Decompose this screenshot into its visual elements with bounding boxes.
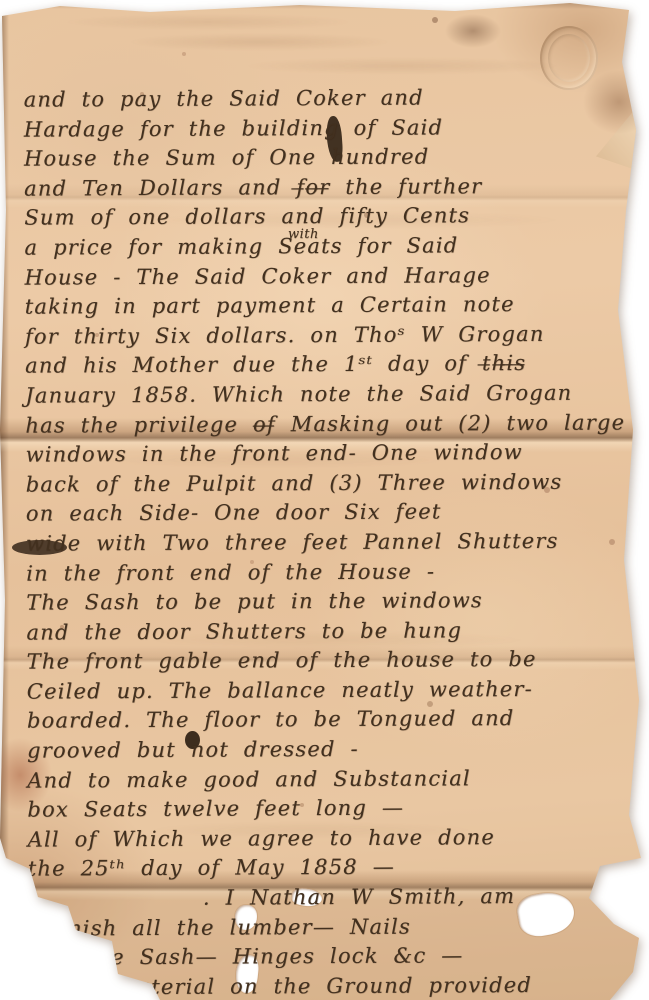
- manuscript-line: has the privilege o̶f̶ Masking out (2) t…: [25, 408, 642, 441]
- manuscript-page: and to pay the Said Coker andHardage for…: [0, 0, 649, 1000]
- manuscript-line: and Ten Dollars and f̶o̶r̶ the further: [24, 171, 641, 204]
- manuscript-line: taking in part payment a Certain note: [25, 290, 642, 323]
- manuscript-line: nish all the lumber— Nails: [28, 911, 645, 944]
- manuscript-line: material on the Ground provided: [28, 970, 645, 1000]
- manuscript-line: wide with Two three feet Pannel Shutters: [26, 526, 643, 559]
- manuscript-line: boarded. The floor to be Tongued and: [27, 704, 644, 737]
- manuscript-line: windows in the front end- One window: [25, 438, 642, 471]
- manuscript-line: and his Mother due the 1ˢᵗ day of t̶h̶i̶…: [25, 349, 642, 382]
- manuscript-text: and to pay the Said Coker andHardage for…: [24, 82, 646, 1000]
- stain: [445, 14, 501, 48]
- manuscript-line: grooved but not dressed -: [27, 733, 644, 766]
- manuscript-line: House the Sum of One hundred: [24, 142, 641, 175]
- manuscript-line: All of Which we agree to have done: [27, 822, 644, 855]
- manuscript-line: box Seats twelve feet long —: [27, 793, 644, 826]
- manuscript-line: House - The Said Coker and Harage: [25, 260, 642, 293]
- manuscript-line: and to pay the Said Coker and: [24, 82, 641, 115]
- manuscript-line: for thirty Six dollars. on Thoˢ W Grogan: [25, 319, 642, 352]
- manuscript-line: a price for making Seats for Said: [24, 230, 641, 263]
- manuscript-line: and the door Shutters to be hung: [26, 615, 643, 648]
- manuscript-line: Sum of one dollars and fifty Cents: [24, 201, 641, 234]
- foxing-speckles: [0, 0, 4, 4]
- manuscript-line: ce Sash— Hinges lock &c —: [28, 941, 645, 974]
- right-edge-shadow: [641, 0, 649, 1000]
- top-edge-shadow: [0, 0, 649, 9]
- manuscript-line: the 25ᵗʰ day of May 1858 —: [28, 852, 645, 885]
- manuscript-line: Hardage for the building of Said: [24, 112, 641, 145]
- manuscript-line: The front gable end of the house to be: [27, 645, 644, 678]
- manuscript-line: . I Nathan W Smith, am: [28, 881, 645, 914]
- manuscript-line: January 1858. Which note the Said Grogan: [25, 378, 642, 411]
- manuscript-line: in the front end of the House -: [26, 556, 643, 589]
- embossed-seal: [540, 26, 598, 90]
- scanned-document: and to pay the Said Coker andHardage for…: [0, 0, 649, 1000]
- manuscript-line: Ceiled up. The ballance neatly weather-: [27, 674, 644, 707]
- manuscript-line: The Sash to be put in the windows: [26, 585, 643, 618]
- paper-wrapper: and to pay the Said Coker andHardage for…: [0, 0, 649, 1000]
- left-edge-shadow: [0, 0, 9, 1000]
- manuscript-line: And to make good and Substancial: [27, 763, 644, 796]
- manuscript-line: on each Side- One door Six feet: [26, 497, 643, 530]
- inserted-word: with: [288, 227, 319, 242]
- manuscript-line: back of the Pulpit and (3) Three windows: [26, 467, 643, 500]
